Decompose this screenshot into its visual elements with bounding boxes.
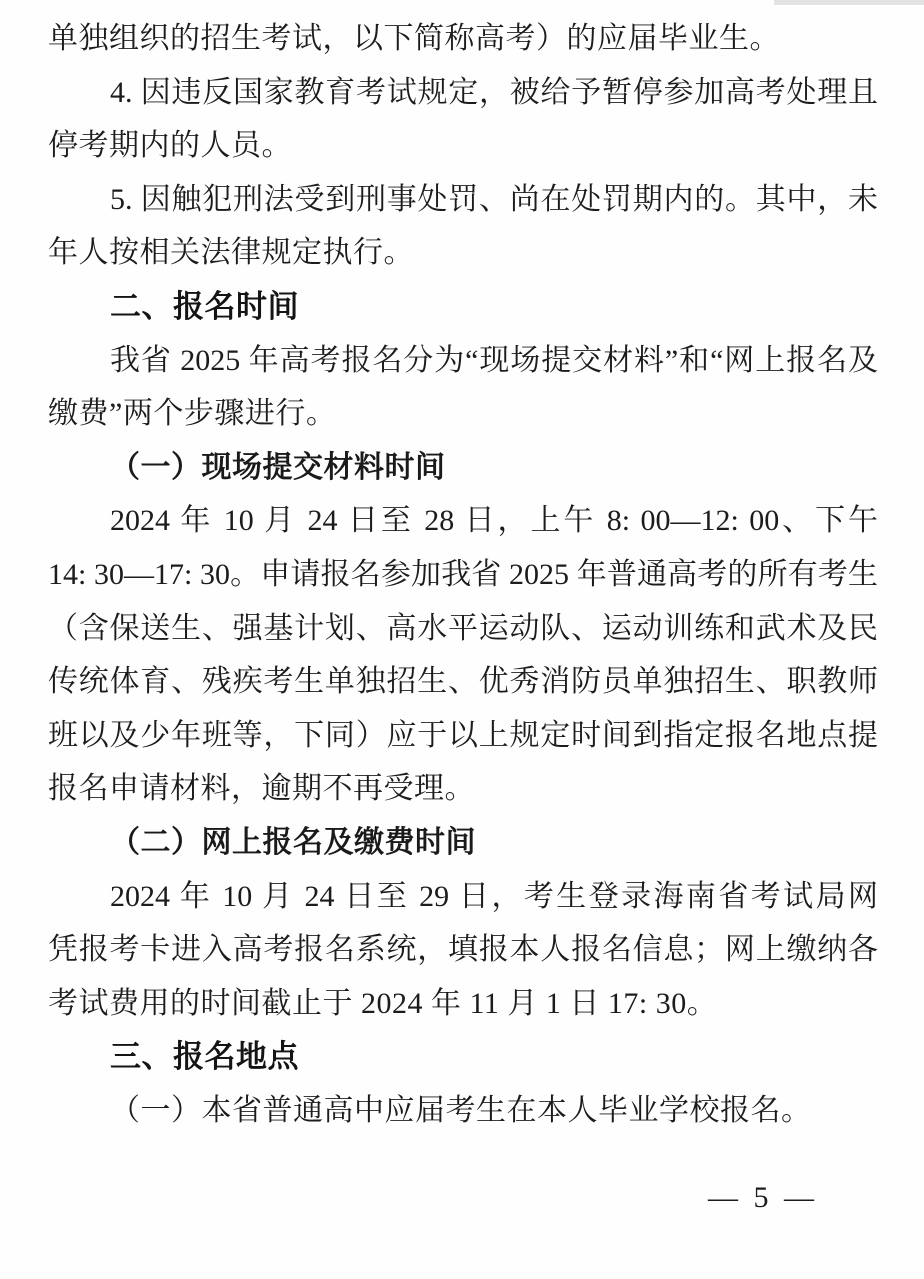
document-line: 2024 年 10 月 24 日至 29 日，考生登录海南省考试局网站，: [48, 870, 878, 924]
document-line: 停考期内的人员。: [48, 119, 878, 173]
document-line: 单独组织的招生考试，以下简称高考）的应届毕业生。: [48, 12, 878, 66]
scanned-document-page: 单独组织的招生考试，以下简称高考）的应届毕业生。4. 因违反国家教育考试规定，被…: [0, 0, 924, 1279]
page-number: — 5 —: [708, 1178, 818, 1218]
sub-heading: （一）现场提交材料时间: [48, 441, 878, 495]
document-line: 4. 因违反国家教育考试规定，被给予暂停参加高考处理且在: [48, 66, 878, 120]
document-line: 传统体育、残疾考生单独招生、优秀消防员单独招生、职教师资: [48, 655, 878, 709]
document-line: （一）本省普通高中应届考生在本人毕业学校报名。: [48, 1084, 878, 1138]
document-line: 凭报考卡进入高考报名系统，填报本人报名信息；网上缴纳各项: [48, 923, 878, 977]
document-line: 14: 30—17: 30。申请报名参加我省 2025 年普通高考的所有考生: [48, 548, 878, 602]
document-line: 2024 年 10 月 24 日至 28 日，上午 8: 00—12: 00、下…: [48, 494, 878, 548]
document-line: 报名申请材料，逾期不再受理。: [48, 762, 878, 816]
document-line: 考试费用的时间截止于 2024 年 11 月 1 日 17: 30。: [48, 977, 878, 1031]
section-heading: 二、报名时间: [48, 280, 878, 334]
sub-heading: （二）网上报名及缴费时间: [48, 816, 878, 870]
document-line: 年人按相关法律规定执行。: [48, 226, 878, 280]
document-line: 缴费”两个步骤进行。: [48, 387, 878, 441]
section-heading: 三、报名地点: [48, 1030, 878, 1084]
document-line: 5. 因触犯刑法受到刑事处罚、尚在处罚期内的。其中，未成: [48, 173, 878, 227]
document-line: 我省 2025 年高考报名分为“现场提交材料”和“网上报名及: [48, 334, 878, 388]
text-block: 单独组织的招生考试，以下简称高考）的应届毕业生。4. 因违反国家教育考试规定，被…: [48, 12, 878, 1137]
document-line: 班以及少年班等，下同）应于以上规定时间到指定报名地点提交: [48, 709, 878, 763]
document-line: （含保送生、强基计划、高水平运动队、运动训练和武术及民族: [48, 602, 878, 656]
scan-edge-artifact: [774, 0, 924, 5]
